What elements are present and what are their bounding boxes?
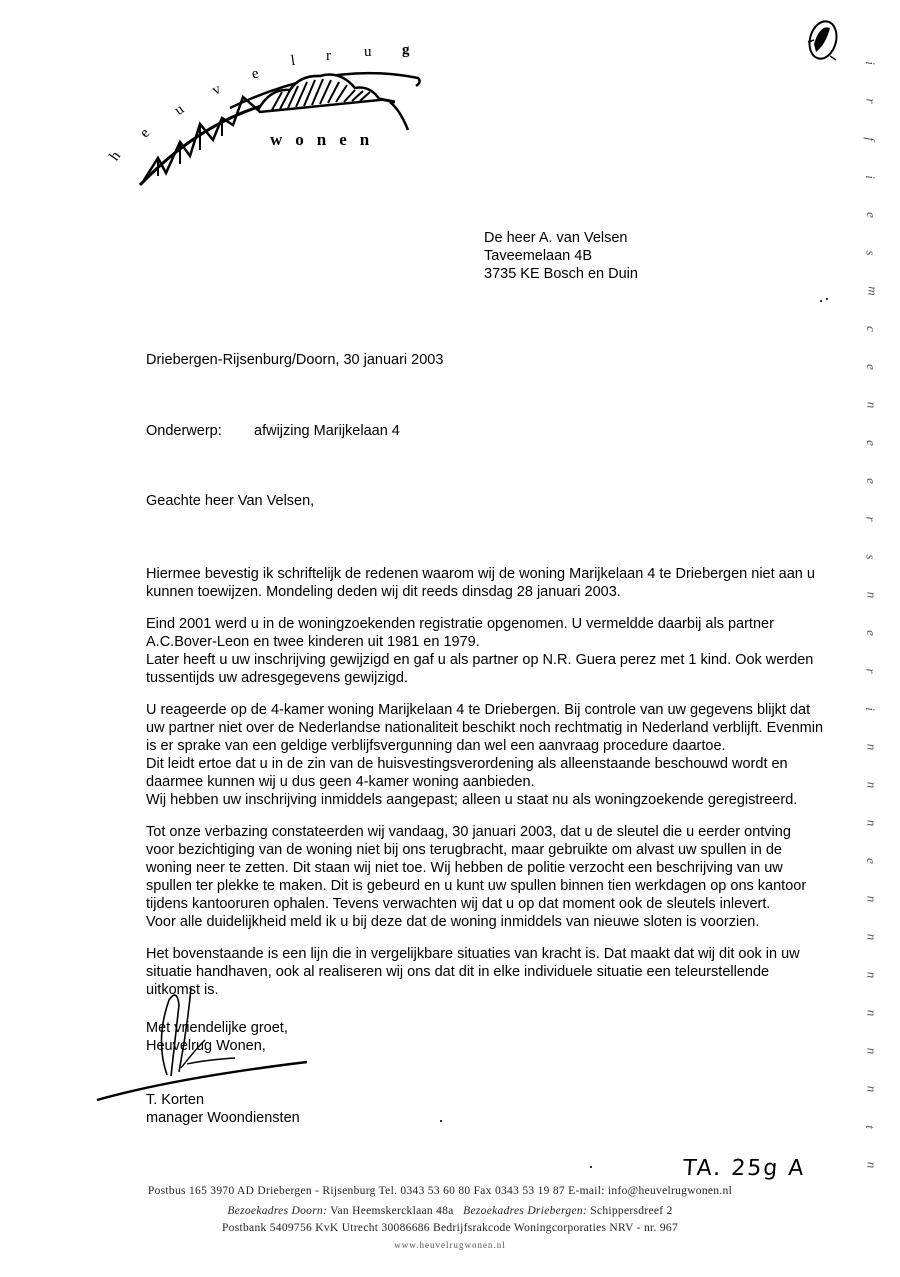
margin-fragment: s — [863, 554, 879, 559]
paragraph: Hiermee bevestig ik schriftelijk de rede… — [146, 565, 866, 601]
margin-text-fragments: irfiesmceneersnerinnnennnnnntn — [862, 0, 892, 1180]
margin-fragment: n — [863, 896, 879, 903]
text-line: A.C.Bover-Leon en twee kinderen uit 1981… — [146, 633, 866, 651]
margin-fragment: m — [865, 286, 881, 295]
text-line: spullen ter plekke te maken. Dit is gebe… — [146, 877, 866, 895]
scan-speck — [820, 300, 822, 302]
brand-letter: u — [364, 44, 372, 61]
margin-fragment: n — [863, 1010, 879, 1017]
text-line: kunnen toewijzen. Mondeling deden wij di… — [146, 583, 866, 601]
margin-fragment: n — [863, 934, 879, 941]
margin-fragment: e — [863, 212, 879, 218]
margin-fragment: n — [863, 1086, 879, 1093]
recipient-street: Taveemelaan 4B — [484, 247, 638, 265]
margin-fragment: r — [863, 98, 879, 103]
text-line: Het bovenstaande is een lijn die in verg… — [146, 945, 866, 963]
margin-fragment: n — [863, 1048, 879, 1055]
text-line: Dit leidt ertoe dat u in de zin van de h… — [146, 755, 866, 773]
paragraph: Tot onze verbazing constateerden wij van… — [146, 823, 866, 931]
text-line: daarmee kunnen wij u dus geen 4-kamer wo… — [146, 773, 866, 791]
text-line: is er sprake van een geldige verblijfsve… — [146, 737, 866, 755]
margin-fragment: c — [863, 326, 879, 332]
letter-body: Hiermee bevestig ik schriftelijk de rede… — [146, 565, 866, 1013]
brand-letter: g — [402, 42, 410, 59]
margin-fragment: e — [863, 478, 879, 484]
margin-fragment: n — [863, 972, 879, 979]
subject-line: Onderwerp:afwijzing Marijkelaan 4 — [146, 423, 400, 439]
recipient-address: De heer A. van Velsen Taveemelaan 4B 373… — [484, 229, 638, 283]
footer-registration-line: Postbank 5409756 KvK Utrecht 30086686 Be… — [0, 1222, 900, 1234]
margin-fragment: e — [863, 630, 879, 636]
handwritten-reference-note: TA. 25g A — [682, 1156, 806, 1181]
margin-fragment: f — [862, 137, 878, 141]
text-line: uw partner niet over de Nederlandse nati… — [146, 719, 866, 737]
margin-fragment: n — [863, 402, 879, 409]
text-line: situatie handhaven, ook al realiseren wi… — [146, 963, 866, 981]
paragraph: Eind 2001 werd u in de woningzoekenden r… — [146, 615, 866, 687]
margin-fragment: n — [863, 782, 879, 789]
margin-fragment: r — [863, 516, 879, 521]
text-line: U reageerde op de 4-kamer woning Marijke… — [146, 701, 866, 719]
text-line: woning neer te zetten. Dit staan wij nie… — [146, 859, 866, 877]
text-line: Wij hebben uw inschrijving inmiddels aan… — [146, 791, 866, 809]
brand-wordmark: wonen — [270, 130, 382, 150]
scribbled-oval-mark-icon — [800, 14, 846, 66]
margin-fragment: n — [863, 744, 879, 751]
margin-fragment: e — [863, 858, 879, 864]
text-line: voor bezichtiging van de woning niet bij… — [146, 841, 866, 859]
salutation: Geachte heer Van Velsen, — [146, 493, 314, 509]
visit-label-doorn: Bezoekadres Doorn: — [227, 1205, 327, 1217]
margin-fragment: s — [863, 250, 879, 255]
letterhead-logo: h e u v e l r u g wonen — [100, 30, 430, 190]
place-date: Driebergen-Rijsenburg/Doorn, 30 januari … — [146, 352, 443, 368]
recipient-name: De heer A. van Velsen — [484, 229, 638, 247]
margin-fragment: e — [863, 440, 879, 446]
margin-fragment: i — [862, 61, 878, 65]
text-line: Voor alle duidelijkheid meld ik u bij de… — [146, 913, 866, 931]
signer-block: T. Korten manager Woondiensten — [146, 1091, 300, 1127]
scan-speck — [440, 1120, 442, 1122]
hills-houses-logo-icon — [100, 30, 430, 190]
text-line: Tot onze verbazing constateerden wij van… — [146, 823, 866, 841]
subject-label: Onderwerp: — [146, 423, 254, 439]
text-line: tijdens kantooruren ophalen. Tevens verw… — [146, 895, 866, 913]
scan-speck — [826, 298, 828, 300]
subject-value: afwijzing Marijkelaan 4 — [254, 423, 400, 439]
signer-title: manager Woondiensten — [146, 1109, 300, 1127]
visit-address-driebergen: Schippersdreef 2 — [590, 1205, 672, 1217]
text-line: Hiermee bevestig ik schriftelijk de rede… — [146, 565, 866, 583]
margin-fragment: n — [863, 592, 879, 599]
footer-website: www.heuvelrugwonen.nl — [0, 1240, 900, 1250]
recipient-postal-city: 3735 KE Bosch en Duin — [484, 265, 638, 283]
text-line: tussentijds uw adresgegevens gewijzigd. — [146, 669, 866, 687]
visit-address-doorn: Van Heemskercklaan 48a — [330, 1205, 453, 1217]
text-line: Eind 2001 werd u in de woningzoekenden r… — [146, 615, 866, 633]
footer-contact-line: Postbus 165 3970 AD Driebergen - Rijsenb… — [0, 1185, 890, 1197]
margin-fragment: i — [862, 175, 878, 179]
margin-fragment: e — [863, 364, 879, 370]
margin-fragment: n — [863, 820, 879, 827]
paragraph: U reageerde op de 4-kamer woning Marijke… — [146, 701, 866, 809]
visit-label-driebergen: Bezoekadres Driebergen: — [463, 1205, 587, 1217]
text-line: Later heeft u uw inschrijving gewijzigd … — [146, 651, 866, 669]
brand-letter: r — [326, 48, 331, 65]
signer-name: T. Korten — [146, 1091, 300, 1109]
margin-fragment: i — [862, 707, 878, 711]
margin-fragment: t — [862, 1125, 878, 1129]
scan-speck — [590, 1166, 592, 1168]
margin-fragment: r — [863, 668, 879, 673]
footer-visiting-addresses: Bezoekadres Doorn: Van Heemskercklaan 48… — [0, 1205, 900, 1217]
margin-fragment: n — [863, 1162, 879, 1169]
